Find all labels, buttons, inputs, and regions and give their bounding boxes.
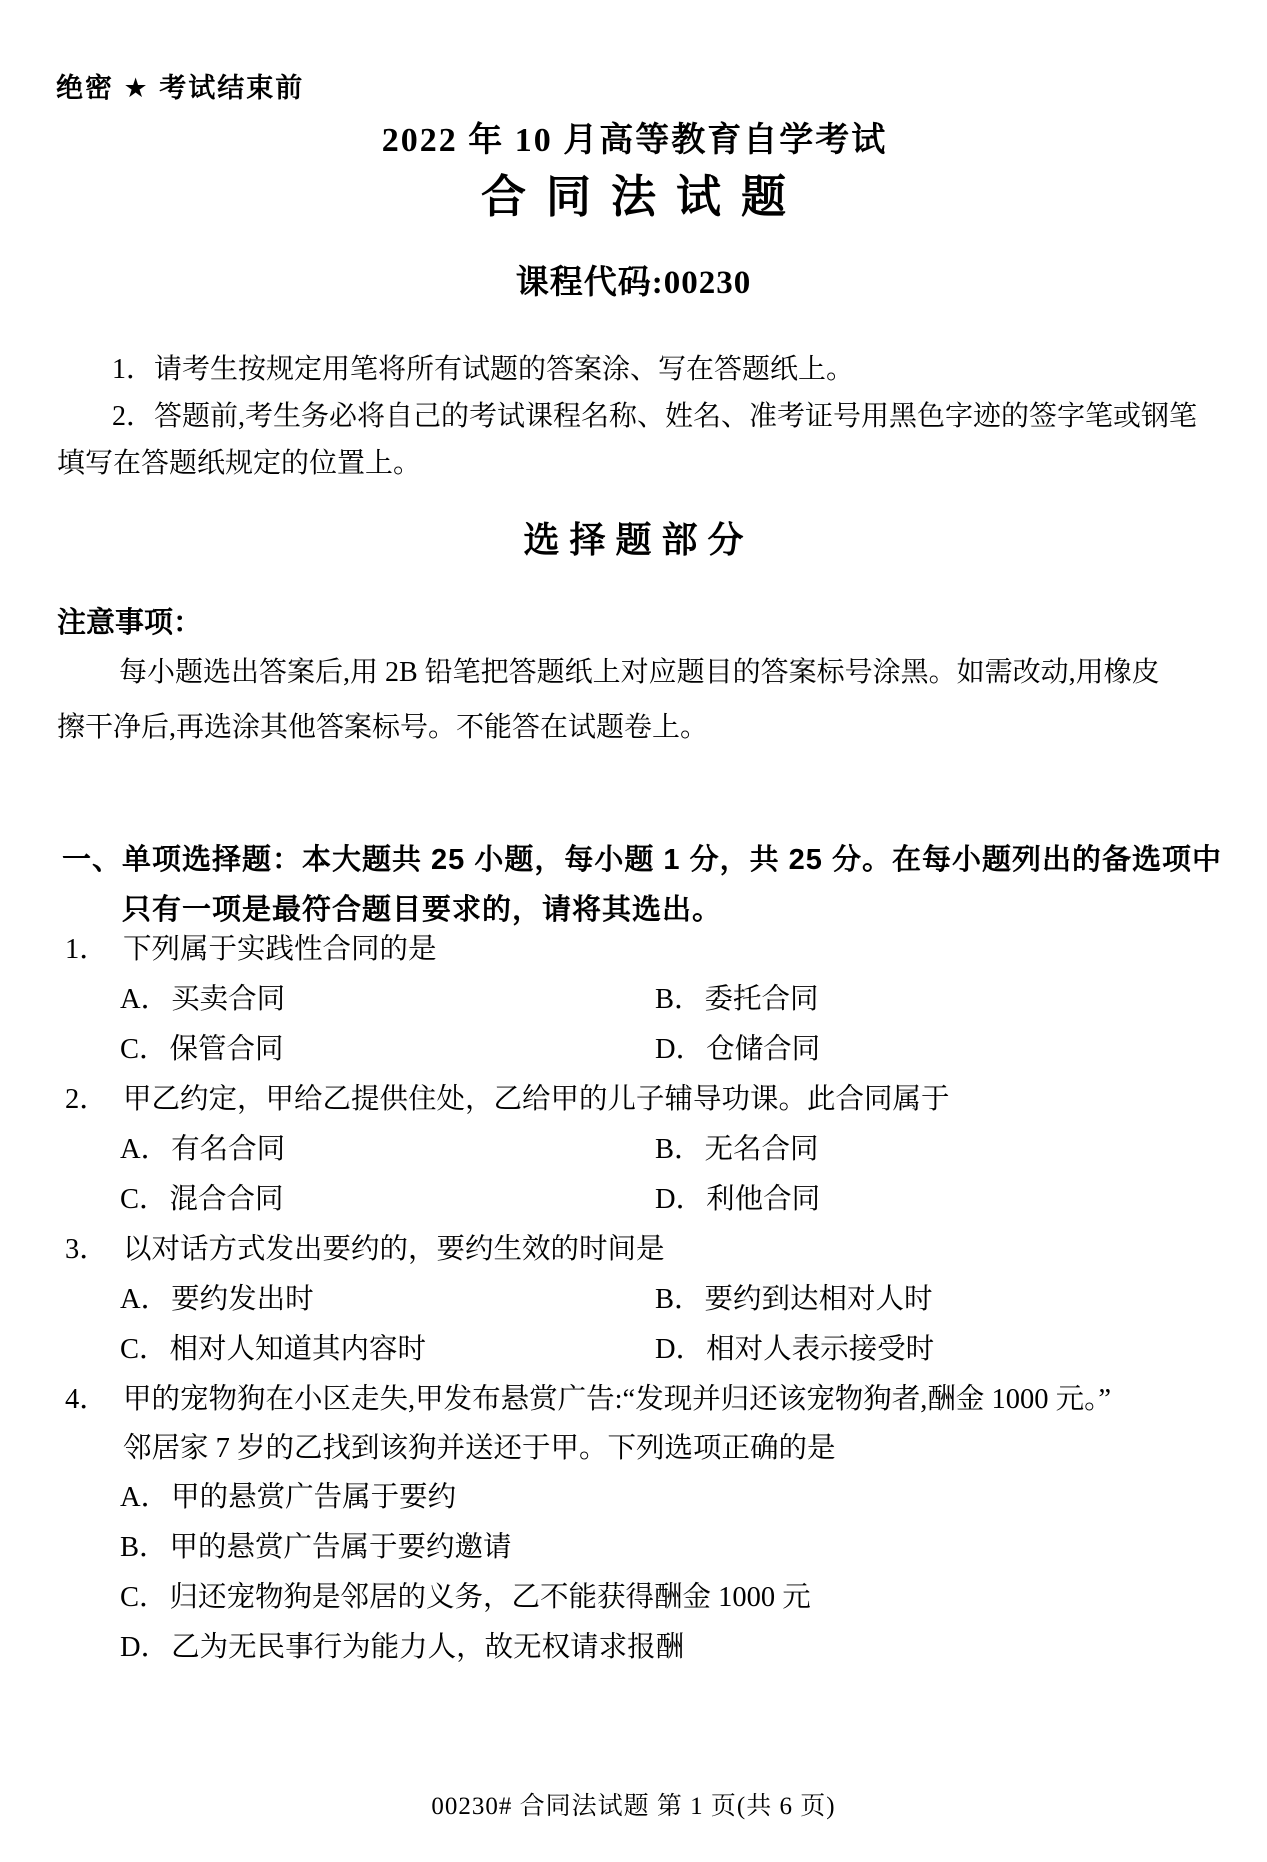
option-text: 有名合同 (171, 1134, 285, 1165)
question-2-options-row-2: C．混合合同 D．利他合同 (65, 1175, 1237, 1225)
option-text: 甲的悬赏广告属于要约 (171, 1482, 456, 1513)
option-text: 甲的悬赏广告属于要约邀请 (170, 1532, 512, 1563)
question-text: 以对话方式发出要约的，要约生效的时间是 (123, 1225, 1237, 1275)
question-3-options-row-2: C．相对人知道其内容时 D．相对人表示接受时 (65, 1325, 1237, 1375)
option-label: D． (120, 1632, 169, 1663)
option-d: D．乙为无民事行为能力人，故无权请求报酬 (65, 1623, 1237, 1673)
option-label: A． (120, 984, 169, 1015)
question-4: 4． 甲的宠物狗在小区走失,甲发布悬赏广告:“发现并归还该宠物狗者,酬金 100… (65, 1375, 1237, 1673)
option-d: D．相对人表示接受时 (655, 1325, 1237, 1375)
instruction-item-1: 1．请考生按规定用笔将所有试题的答案涂、写在答题纸上。 (57, 346, 1222, 393)
option-label: C． (120, 1184, 168, 1215)
course-code: 课程代码:00230 (0, 256, 1267, 303)
question-2-stem: 2． 甲乙约定，甲给乙提供住处，乙给甲的儿子辅导功课。此合同属于 (65, 1075, 1237, 1125)
option-text: 归还宠物狗是邻居的义务，乙不能获得酬金 1000 元 (170, 1582, 811, 1613)
question-number: 4． (65, 1375, 123, 1425)
question-3-options-row-1: A．要约发出时 B．要约到达相对人时 (65, 1275, 1237, 1325)
option-c: C．保管合同 (120, 1025, 655, 1075)
question-1-options-row-2: C．保管合同 D．仓储合同 (65, 1025, 1237, 1075)
option-label: B． (120, 1532, 168, 1563)
option-b: B．要约到达相对人时 (655, 1275, 1237, 1325)
option-label: C． (120, 1582, 168, 1613)
question-2-options-row-1: A．有名合同 B．无名合同 (65, 1125, 1237, 1175)
notice-label: 注意事项： (57, 600, 202, 641)
option-text: 相对人表示接受时 (706, 1334, 934, 1365)
question-text: 甲乙约定，甲给乙提供住处，乙给甲的儿子辅导功课。此合同属于 (123, 1075, 1237, 1125)
option-text: 保管合同 (170, 1034, 284, 1065)
section-one-heading: 一、单项选择题：本大题共 25 小题，每小题 1 分，共 25 分。在每小题列出… (62, 835, 1237, 935)
option-c: C．混合合同 (120, 1175, 655, 1225)
option-text: 要约发出时 (171, 1284, 314, 1315)
option-label: B． (655, 1284, 703, 1315)
general-instructions: 1．请考生按规定用笔将所有试题的答案涂、写在答题纸上。 2．答题前,考生务必将自… (57, 346, 1222, 487)
exam-subject-title: 合同法试题 (0, 160, 1267, 225)
exam-paper-page: 绝密 ★ 考试结束前 2022 年 10 月高等教育自学考试 合同法试题 课程代… (0, 0, 1267, 1862)
option-label: D． (655, 1034, 704, 1065)
option-text: 乙为无民事行为能力人，故无权请求报酬 (171, 1632, 684, 1663)
question-1: 1． 下列属于实践性合同的是 A．买卖合同 B．委托合同 C．保管合同 D．仓储… (65, 925, 1237, 1075)
option-text: 混合合同 (170, 1184, 284, 1215)
option-label: A． (120, 1134, 169, 1165)
question-number: 3． (65, 1225, 123, 1275)
option-label: C． (120, 1334, 168, 1365)
option-a: A．买卖合同 (120, 975, 655, 1025)
question-text-line-1: 甲的宠物狗在小区走失,甲发布悬赏广告:“发现并归还该宠物狗者,酬金 1000 元… (123, 1375, 1237, 1425)
option-d: D．仓储合同 (655, 1025, 1237, 1075)
notice-line-2: 擦干净后,再选涂其他答案标号。不能答在试题卷上。 (57, 700, 1222, 755)
option-c: C．相对人知道其内容时 (120, 1325, 655, 1375)
option-label: A． (120, 1284, 169, 1315)
security-classification: 绝密 ★ 考试结束前 (56, 66, 304, 105)
option-text: 仓储合同 (706, 1034, 820, 1065)
instruction-item-2-line-1: 2．答题前,考生务必将自己的考试课程名称、姓名、准考证号用黑色字迹的签字笔或钢笔 (57, 393, 1222, 440)
option-b: B．无名合同 (655, 1125, 1237, 1175)
question-4-stem: 4． 甲的宠物狗在小区走失,甲发布悬赏广告:“发现并归还该宠物狗者,酬金 100… (65, 1375, 1237, 1425)
option-b: B．甲的悬赏广告属于要约邀请 (65, 1523, 1237, 1573)
option-label: B． (655, 1134, 703, 1165)
option-text: 相对人知道其内容时 (170, 1334, 427, 1365)
question-1-stem: 1． 下列属于实践性合同的是 (65, 925, 1237, 975)
option-c: C．归还宠物狗是邻居的义务，乙不能获得酬金 1000 元 (65, 1573, 1237, 1623)
question-2: 2． 甲乙约定，甲给乙提供住处，乙给甲的儿子辅导功课。此合同属于 A．有名合同 … (65, 1075, 1237, 1225)
question-number: 2． (65, 1075, 123, 1125)
option-a: A．甲的悬赏广告属于要约 (65, 1473, 1237, 1523)
option-d: D．利他合同 (655, 1175, 1237, 1225)
option-label: C． (120, 1034, 168, 1065)
option-text: 利他合同 (706, 1184, 820, 1215)
option-text: 委托合同 (705, 984, 819, 1015)
option-text: 买卖合同 (171, 984, 285, 1015)
question-number: 1． (65, 925, 123, 975)
exam-session-title: 2022 年 10 月高等教育自学考试 (0, 112, 1267, 161)
notice-body: 每小题选出答案后,用 2B 铅笔把答题纸上对应题目的答案标号涂黑。如需改动,用橡… (57, 645, 1222, 755)
question-1-options-row-1: A．买卖合同 B．委托合同 (65, 975, 1237, 1025)
option-label: A． (120, 1482, 169, 1513)
question-list: 1． 下列属于实践性合同的是 A．买卖合同 B．委托合同 C．保管合同 D．仓储… (65, 925, 1237, 1673)
option-b: B．委托合同 (655, 975, 1237, 1025)
page-footer: 00230# 合同法试题 第 1 页(共 6 页) (0, 1786, 1267, 1822)
question-3: 3． 以对话方式发出要约的，要约生效的时间是 A．要约发出时 B．要约到达相对人… (65, 1225, 1237, 1375)
option-text: 无名合同 (705, 1134, 819, 1165)
choice-section-heading: 选择题部分 (0, 512, 1267, 563)
notice-line-1: 每小题选出答案后,用 2B 铅笔把答题纸上对应题目的答案标号涂黑。如需改动,用橡… (57, 645, 1222, 700)
question-3-stem: 3． 以对话方式发出要约的，要约生效的时间是 (65, 1225, 1237, 1275)
option-label: B． (655, 984, 703, 1015)
question-text-line-2: 邻居家 7 岁的乙找到该狗并送还于甲。下列选项正确的是 (65, 1425, 1237, 1473)
instruction-item-2-line-2: 填写在答题纸规定的位置上。 (57, 440, 1222, 487)
option-a: A．要约发出时 (120, 1275, 655, 1325)
option-label: D． (655, 1184, 704, 1215)
option-a: A．有名合同 (120, 1125, 655, 1175)
question-text: 下列属于实践性合同的是 (123, 925, 1237, 975)
option-text: 要约到达相对人时 (705, 1284, 933, 1315)
section-one-heading-line-1: 一、单项选择题：本大题共 25 小题，每小题 1 分，共 25 分。在每小题列出… (62, 835, 1237, 885)
option-label: D． (655, 1334, 704, 1365)
